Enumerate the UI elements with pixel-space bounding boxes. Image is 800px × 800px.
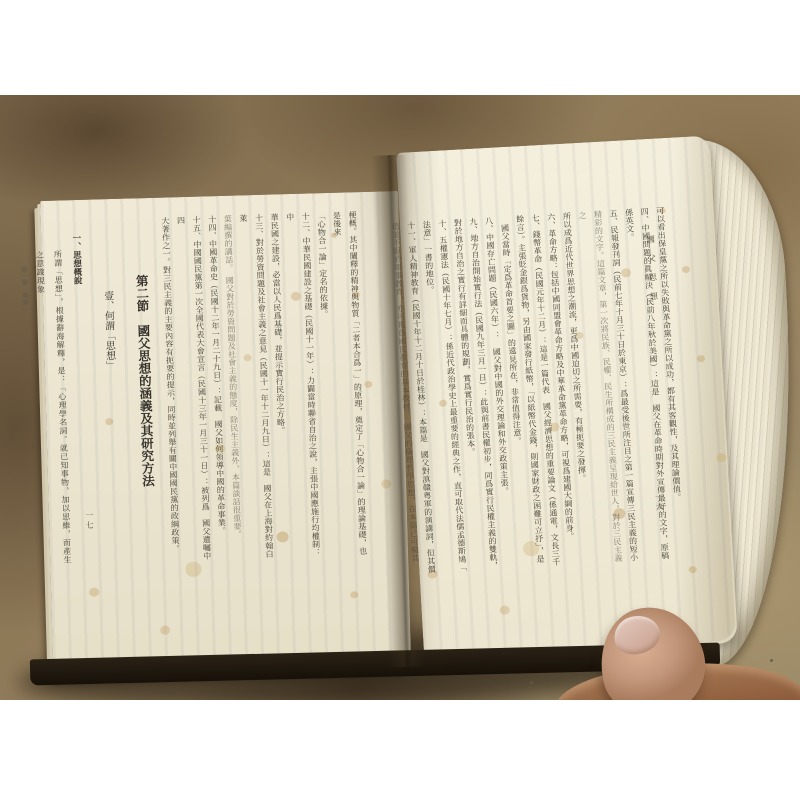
left-page-text: 梗概。其中闡釋的精神與物質「二者本合爲一」的原理，奠定了「心物合一論」的理論基礎…: [92, 211, 371, 571]
book-photo-canvas: 可以看出保皇黨之所以失敗與革命黨之所以成功，都有其客觀性，及其理論價值。 四、中…: [0, 0, 800, 800]
photo-background-wood-table: 可以看出保皇黨之所以失敗與革命黨之所以成功，都有其客觀性，及其理論價值。 四、中…: [0, 95, 800, 700]
right-page-text: 可以看出保皇黨之所以失敗與革命黨之所以成功，都有其客觀性，及其理論價值。 四、中…: [400, 206, 689, 575]
letterbox-bottom: [0, 700, 800, 800]
page-number-left: 一七: [84, 511, 96, 531]
page-number-right: 一六: [653, 493, 665, 514]
letterbox-top: [0, 0, 800, 95]
section-heading: 第二節 國父思想的涵義及其研究方法: [125, 217, 163, 570]
